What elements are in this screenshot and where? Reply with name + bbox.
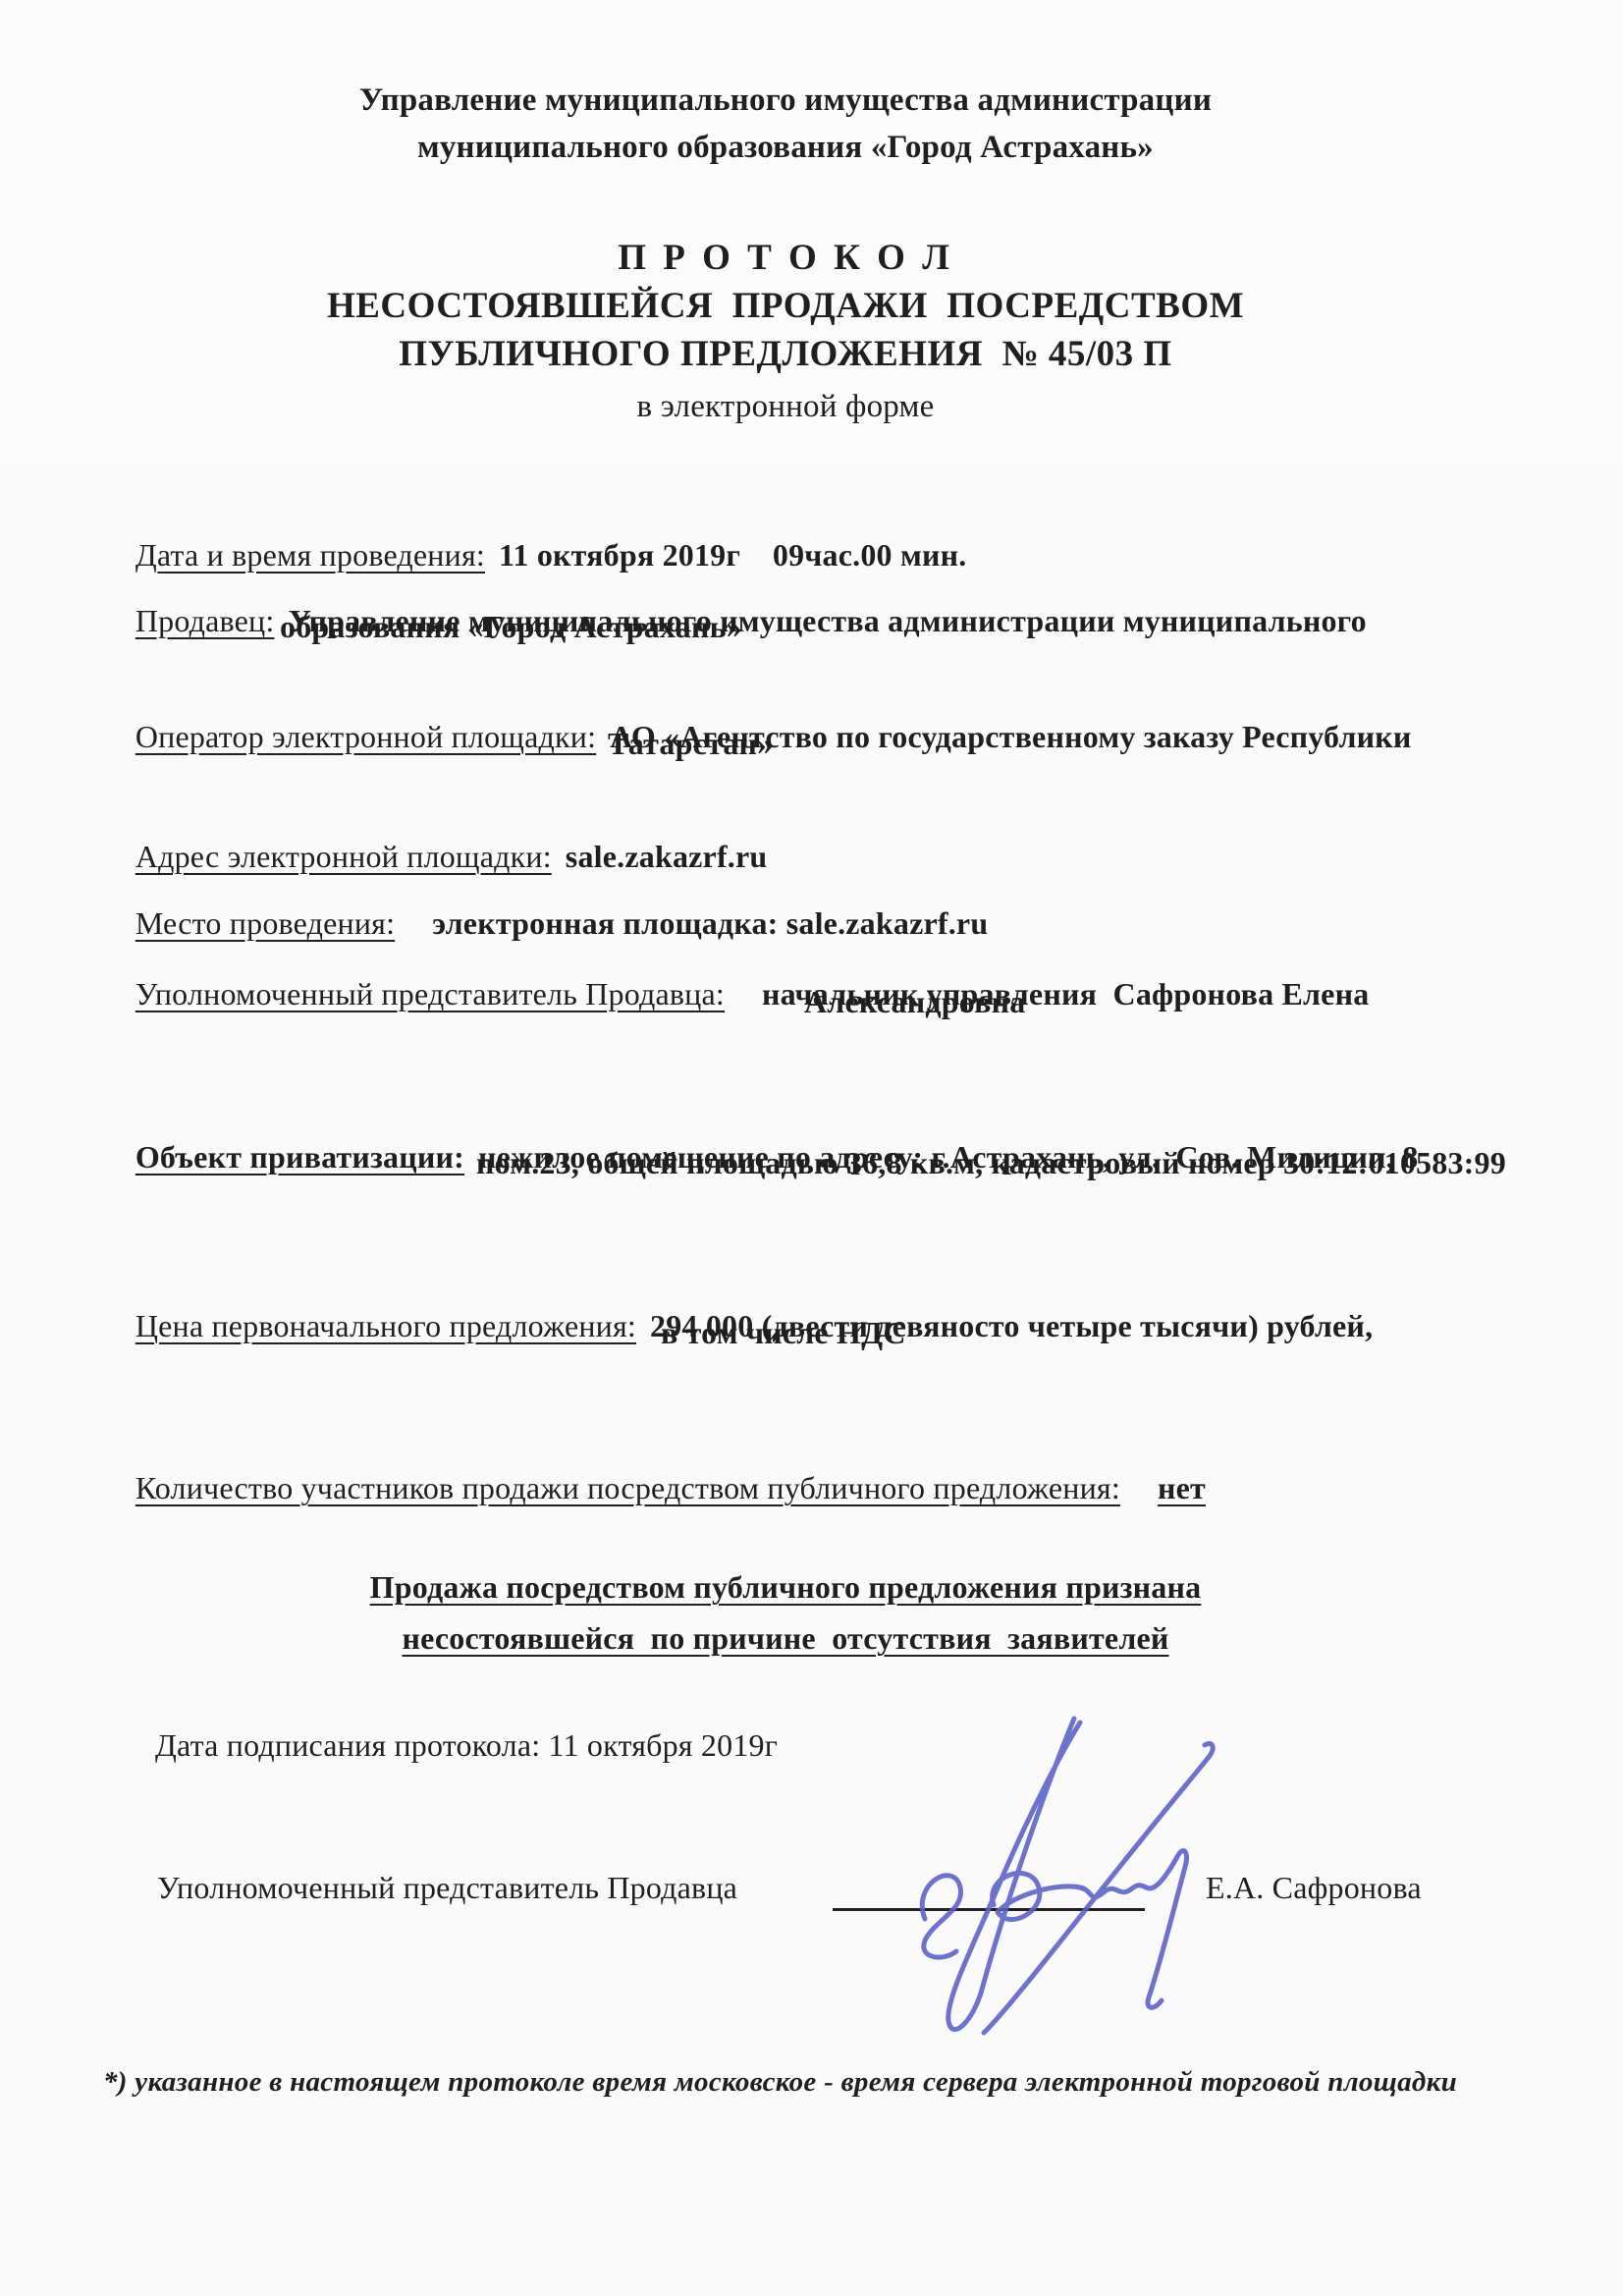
field-price-value-2: в том числе НДС xyxy=(661,1313,906,1352)
signature-ink xyxy=(862,1709,1235,2043)
field-object-value-2: пом.23, общей площадью 36,8 кв.м, кадаст… xyxy=(476,1143,1506,1182)
field-seller-value-2: образования «Город Астрахань» xyxy=(280,607,742,646)
field-representative: Уполномоченный представитель Продавца:на… xyxy=(103,935,1369,1053)
scanned-protocol-document: Управление муниципального имущества адми… xyxy=(0,0,1623,2296)
field-operator-label: Оператор электронной площадки: xyxy=(135,719,596,754)
field-price-label: Цена первоначального предложения: xyxy=(135,1308,636,1343)
signature-stroke-scribble xyxy=(993,1851,1187,2008)
resolution-line-1: Продажа посредством публичного предложен… xyxy=(69,1567,1502,1607)
header-line-1: Управление муниципального имущества адми… xyxy=(69,81,1502,120)
resolution-line-2: несостоявшейся по причине отсутствия зая… xyxy=(69,1618,1502,1658)
signing-date: Дата подписания протокола: 11 октября 20… xyxy=(155,1725,778,1765)
header-line-2: муниципального образования «Город Астрах… xyxy=(69,128,1502,167)
title-line-2: НЕСОСТОЯВШЕЙСЯ ПРОДАЖИ ПОСРЕДСТВОМ xyxy=(69,287,1502,326)
document-title: П Р О Т О К О Л xyxy=(69,239,1502,278)
field-seller-label: Продавец: xyxy=(135,603,275,638)
signatory-name: Е.А. Сафронова xyxy=(1206,1868,1422,1907)
footnote: *) указанное в настоящем протоколе время… xyxy=(103,2062,1457,2102)
title-line-3: ПУБЛИЧНОГО ПРЕДЛОЖЕНИЯ № 45/03 П xyxy=(69,335,1502,374)
field-object-label: Объект приватизации: xyxy=(135,1139,464,1175)
field-participants: Количество участников продажи посредство… xyxy=(103,1429,1206,1547)
title-form-note: в электронной форме xyxy=(69,387,1502,426)
field-representative-value-2: Александровна xyxy=(804,982,1025,1021)
field-operator-value-2: Татарстан» xyxy=(608,724,773,763)
field-representative-label: Уполномоченный представитель Продавца: xyxy=(135,976,725,1011)
field-participants-value: нет xyxy=(1158,1470,1206,1505)
field-participants-label: Количество участников продажи посредство… xyxy=(135,1470,1120,1505)
signature-stroke-e xyxy=(922,1876,960,1957)
signatory-label: Уполномоченный представитель Продавца xyxy=(157,1868,737,1907)
